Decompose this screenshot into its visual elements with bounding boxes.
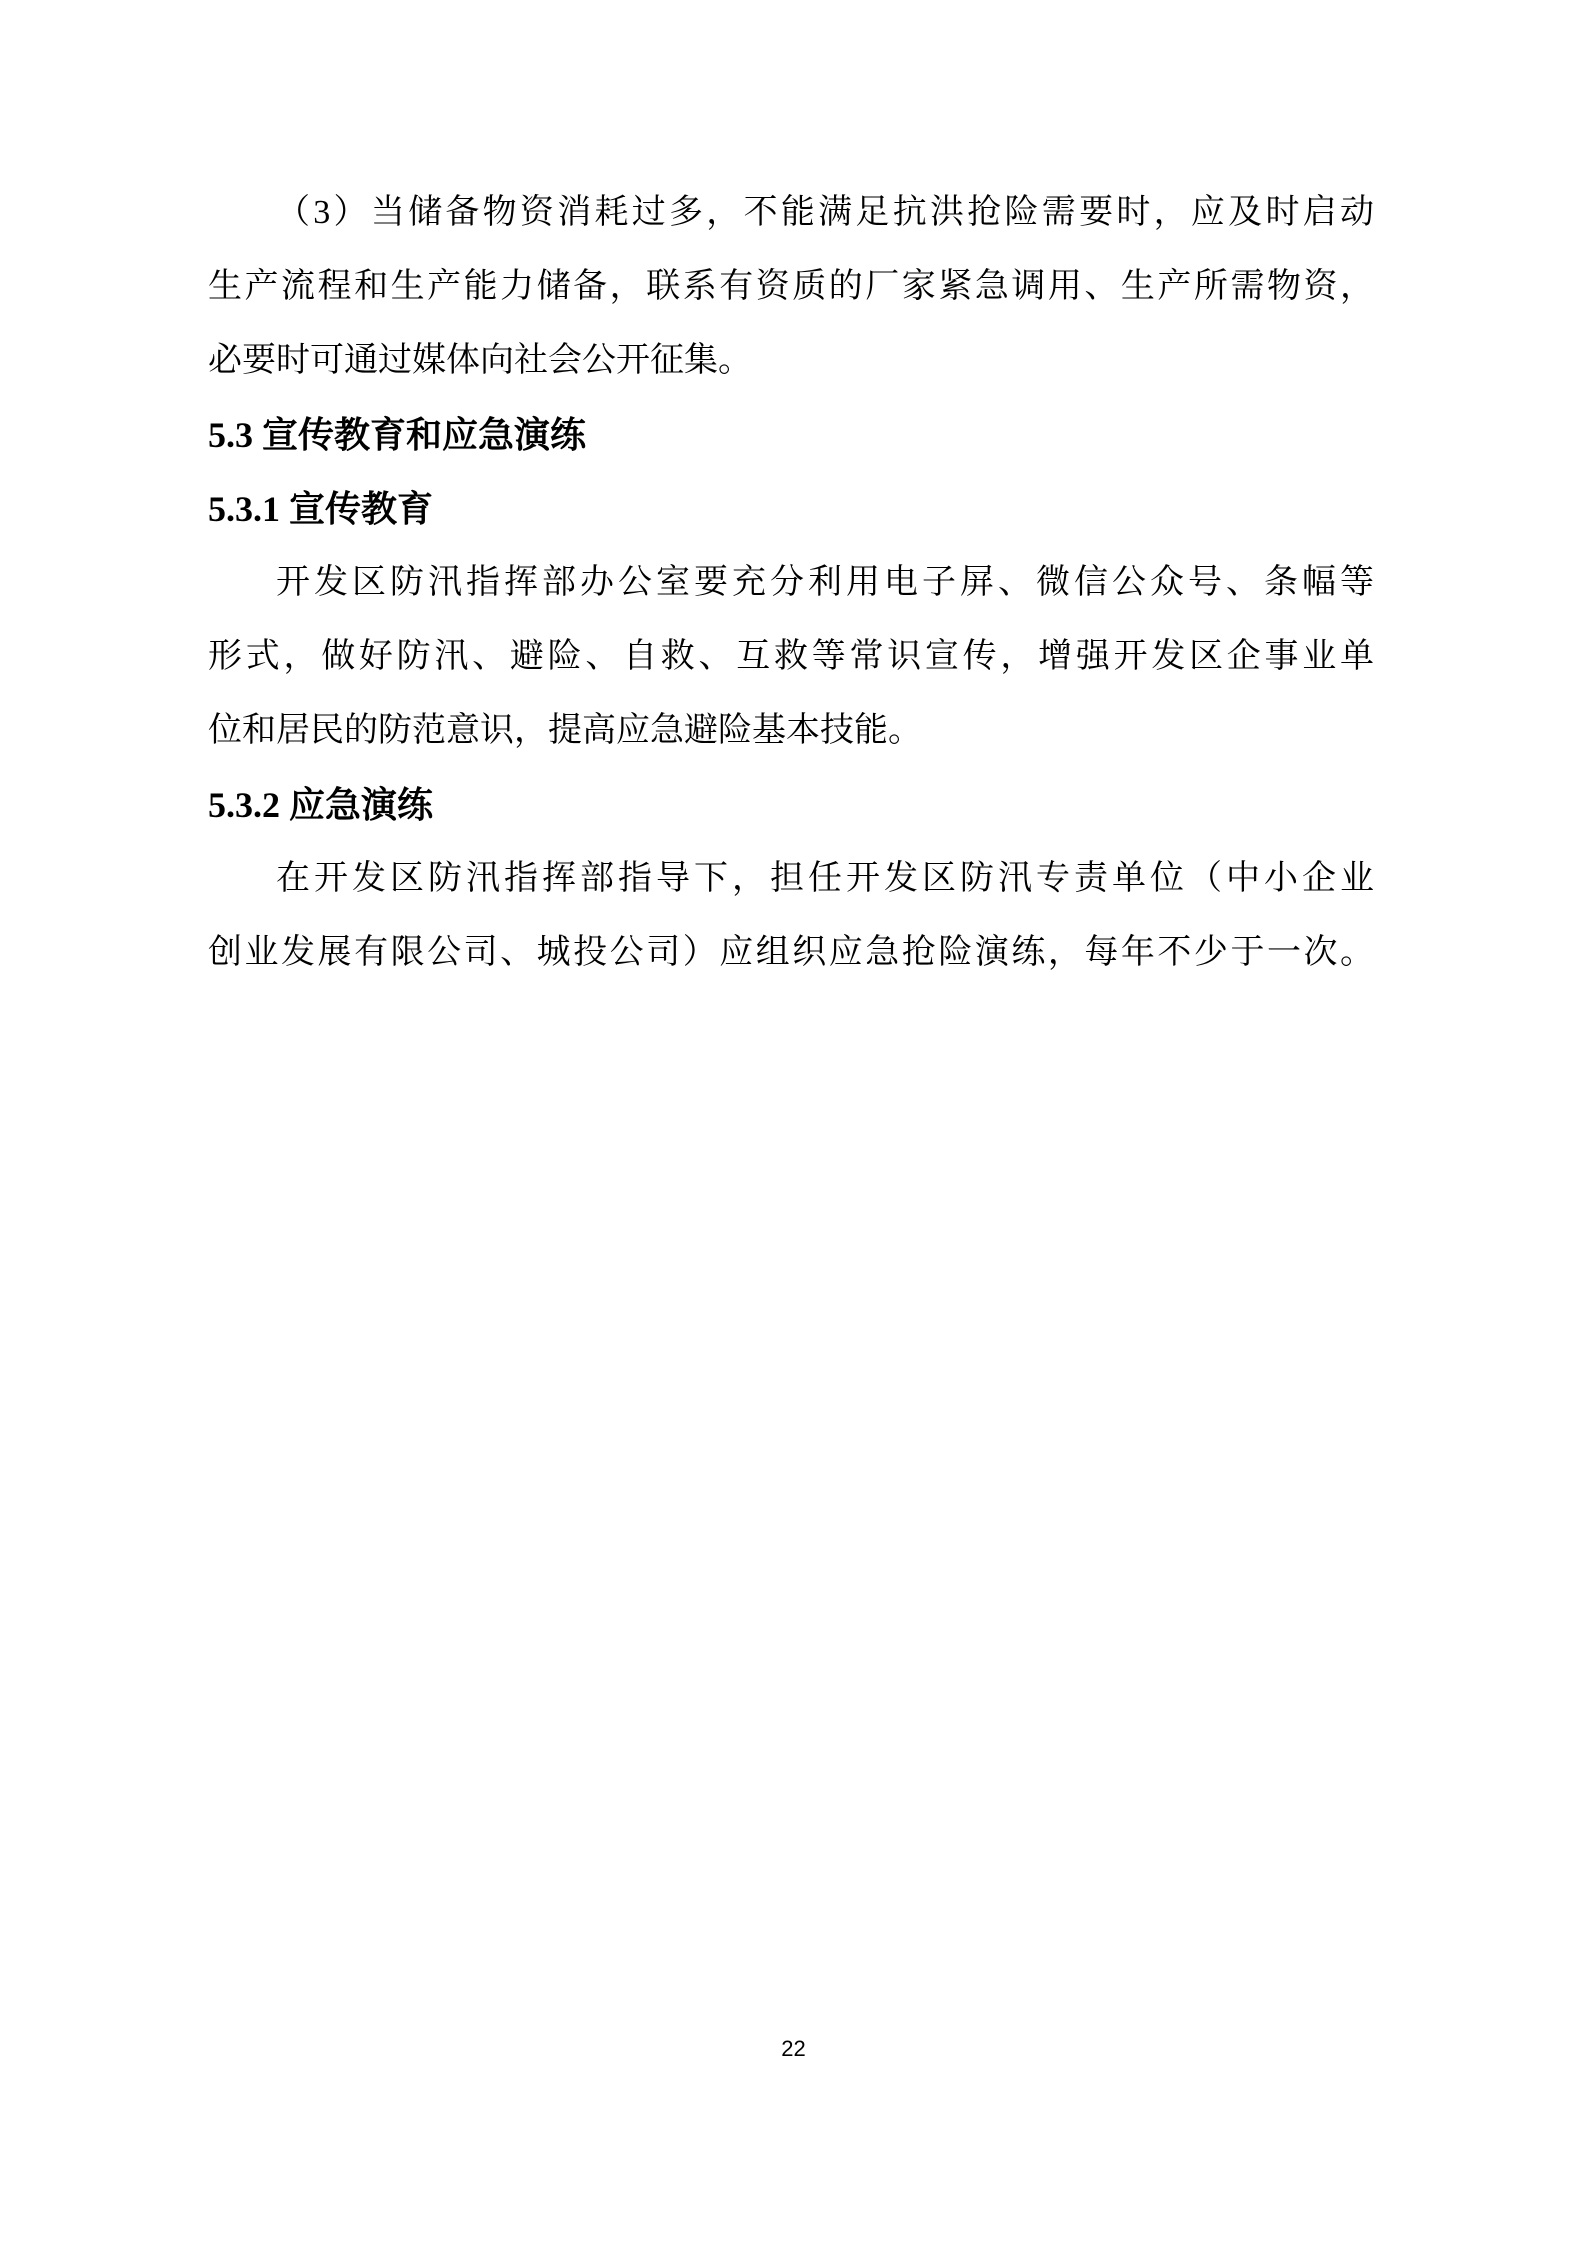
paragraph-line: 形式，做好防汛、避险、自救、互救等常识宣传，增强开发区企事业单 (208, 620, 1374, 694)
paragraph-line: 在开发区防汛指挥部指导下，担任开发区防汛专责单位（中小企业 (208, 842, 1374, 916)
section-heading: 5.3.1 宣传教育 (208, 472, 1374, 546)
page-footer: 22 (0, 2036, 1587, 2062)
paragraph-line: 必要时可通过媒体向社会公开征集。 (208, 324, 1374, 398)
page-number: 22 (781, 2036, 805, 2061)
section-heading: 5.3 宣传教育和应急演练 (208, 398, 1374, 472)
document-body: （3）当储备物资消耗过多，不能满足抗洪抢险需要时，应及时启动生产流程和生产能力储… (208, 176, 1374, 990)
paragraph-line: 开发区防汛指挥部办公室要充分利用电子屏、微信公众号、条幅等 (208, 546, 1374, 620)
paragraph-line: 生产流程和生产能力储备，联系有资质的厂家紧急调用、生产所需物资， (208, 250, 1374, 324)
paragraph-line: （3）当储备物资消耗过多，不能满足抗洪抢险需要时，应及时启动 (208, 176, 1374, 250)
document-page: （3）当储备物资消耗过多，不能满足抗洪抢险需要时，应及时启动生产流程和生产能力储… (0, 0, 1587, 2245)
section-heading: 5.3.2 应急演练 (208, 768, 1374, 842)
paragraph-line: 创业发展有限公司、城投公司）应组织应急抢险演练，每年不少于一次。 (208, 916, 1374, 990)
paragraph-line: 位和居民的防范意识，提高应急避险基本技能。 (208, 694, 1374, 768)
